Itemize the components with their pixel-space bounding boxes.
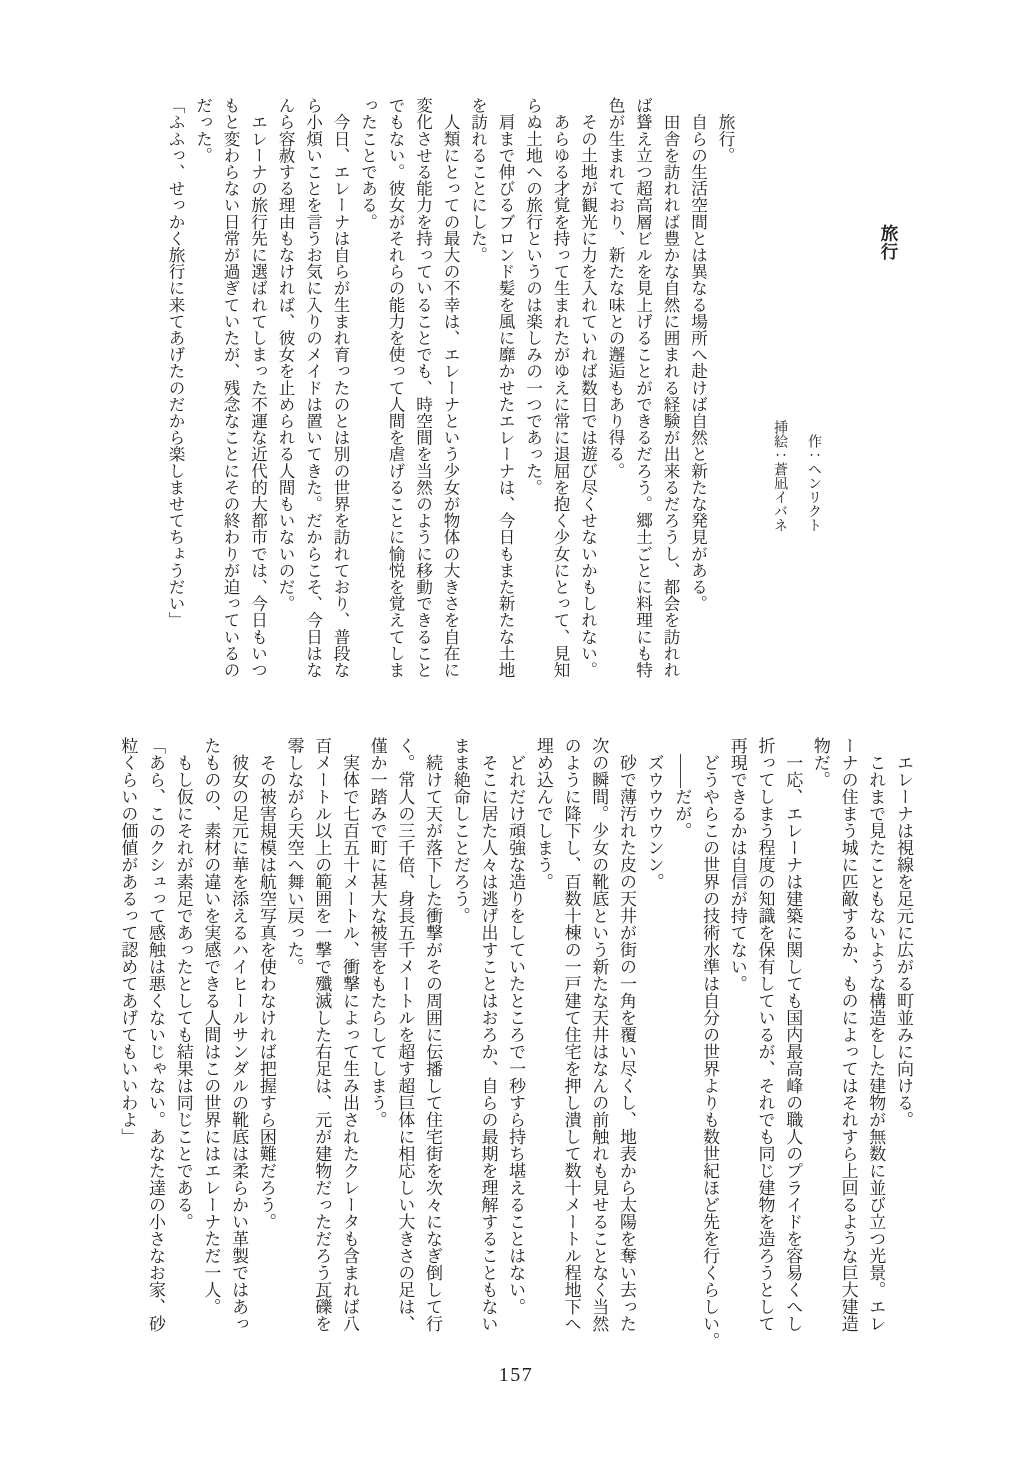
body-text-top: 旅行。 自らの生活空間とは異なる場所へ赴けば自然と新たな発見がある。 田舎を訪れ… <box>161 97 739 678</box>
page-number: 157 <box>0 1364 1032 1387</box>
credit-illustrator: 挿絵：蒼凪イバネ <box>762 420 796 532</box>
body-text-bottom: エレーナは視線を足元に広がる町並みに向ける。 これまで見たこともないような構造を… <box>113 737 917 1333</box>
page-title: 旅行 <box>878 224 900 261</box>
credit-author: 作：ヘンリクト <box>796 420 830 532</box>
credits-block: 作：ヘンリクト 挿絵：蒼凪イバネ <box>762 420 830 532</box>
novel-page: 旅行 作：ヘンリクト 挿絵：蒼凪イバネ 旅行。 自らの生活空間とは異なる場所へ赴… <box>0 0 1032 1458</box>
